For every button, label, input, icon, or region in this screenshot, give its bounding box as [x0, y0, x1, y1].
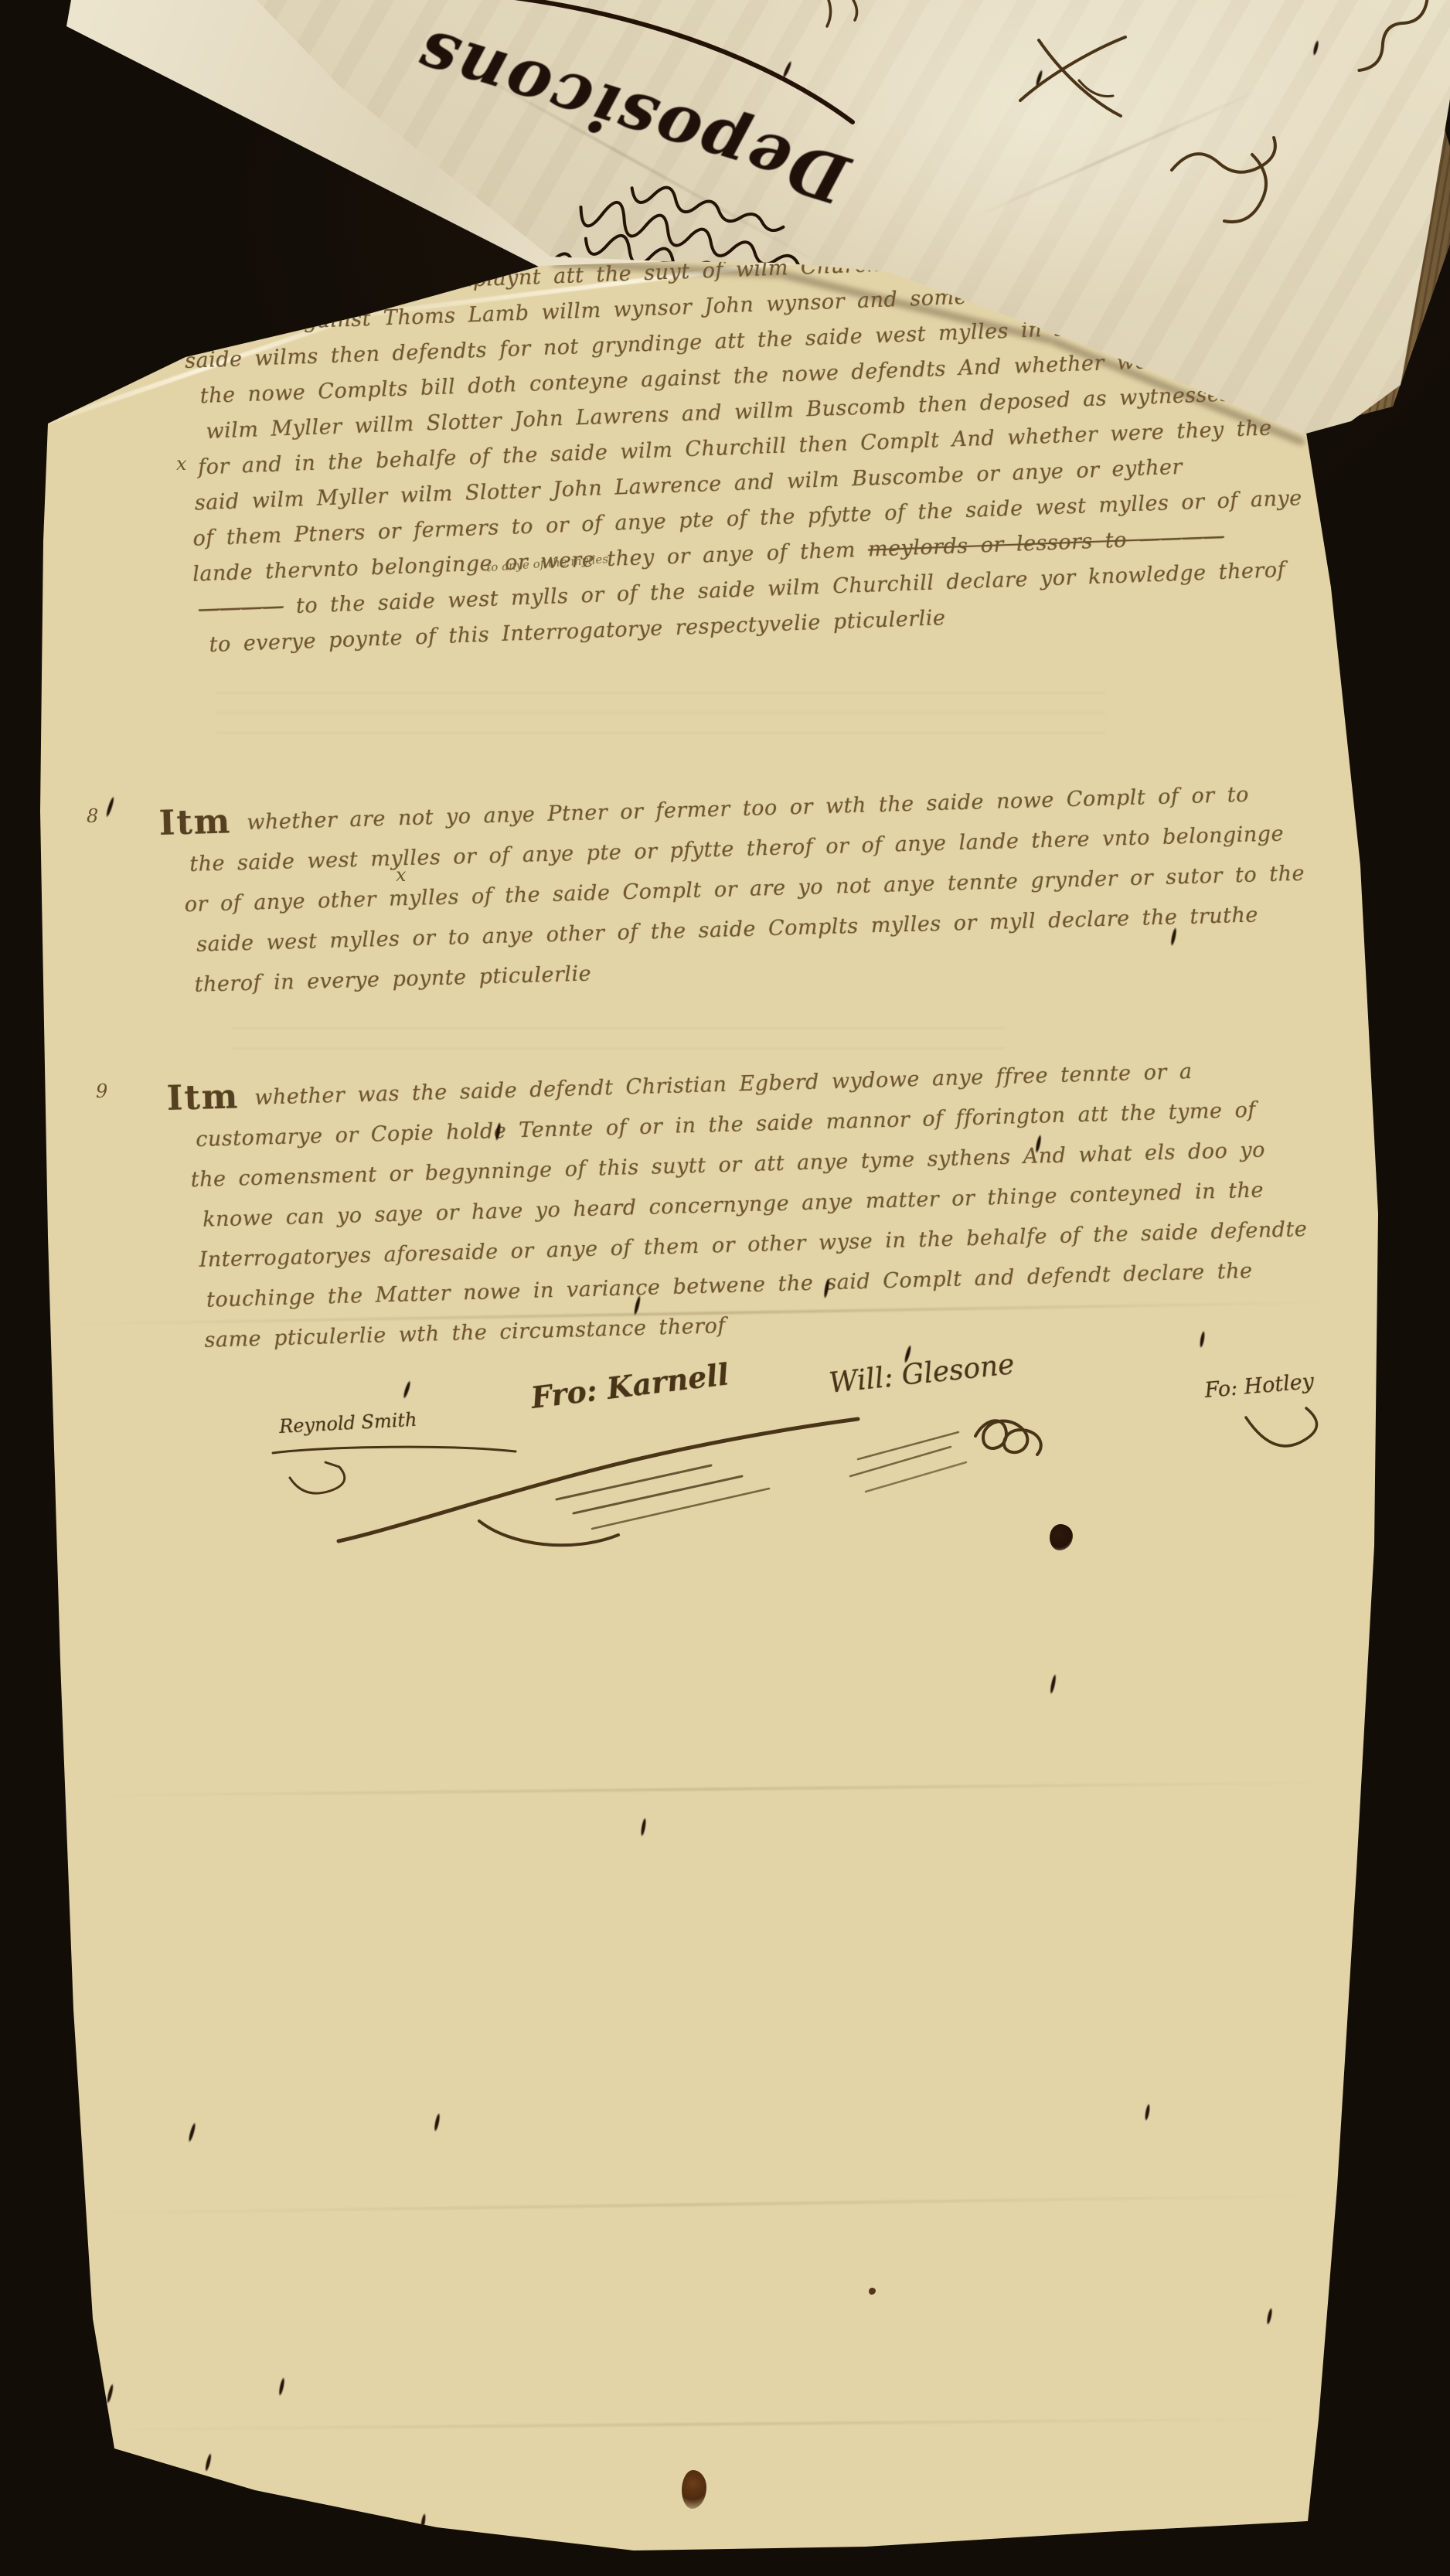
ink-blot	[1050, 1524, 1073, 1550]
paragraph-opening-word: Itm	[158, 229, 235, 274]
signature-fo-hotley: Fo: Hotley	[1203, 1370, 1315, 1403]
ink-show-through	[232, 1019, 1005, 1050]
margin-number: 8	[87, 805, 98, 827]
paragraph-opening-word: Itm	[158, 801, 232, 843]
margin-number: 7	[77, 238, 89, 260]
parchment-slit	[420, 2513, 427, 2531]
signature-will-glesone: Will: Glesone	[828, 1349, 1016, 1400]
signature-flourish	[1230, 1408, 1370, 1485]
corner-inscription-fragment	[1332, 0, 1450, 128]
signature-flourish	[325, 1405, 866, 1567]
interrogatory-paragraph-9: Itmwhether was the saide defendt Christi…	[166, 1043, 1364, 1362]
parchment-slit	[106, 2384, 114, 2404]
ink-blot	[682, 2470, 706, 2509]
crease-line	[77, 1781, 1337, 1797]
parchment-slit	[1199, 1331, 1206, 1349]
crease-line	[85, 2195, 1322, 2214]
parchment-slit	[434, 2113, 441, 2132]
parchment-slit	[69, 224, 82, 243]
photographed-manuscript: 7 8 9 x x Itmwhether do yo knowe or reme…	[0, 0, 1450, 2576]
parchment-slit	[1049, 1674, 1057, 1694]
signature-flourish	[966, 1413, 1136, 1521]
paragraph-opening-word: Itm	[166, 1077, 240, 1118]
interrogatory-paragraph-8: Itmwhether are not yo anye Ptner or ferm…	[158, 767, 1354, 1006]
parchment-slit	[1312, 40, 1320, 56]
parchment-slit	[402, 1380, 411, 1399]
parchment-slit	[204, 2453, 213, 2472]
crease-line	[93, 2418, 1299, 2431]
parchment-slit	[1144, 2104, 1151, 2122]
margin-number: 9	[96, 1080, 107, 1102]
struck-text: ————	[198, 594, 284, 621]
parchment-slit	[188, 2122, 197, 2142]
parchment-slit	[105, 796, 115, 818]
cut-off-stroke-tips	[819, 0, 881, 32]
pen-trial-flourish	[1159, 124, 1314, 247]
parchment-slit	[640, 1818, 647, 1837]
pen-trial-flourish	[1005, 26, 1136, 127]
parchment-slit	[278, 2377, 286, 2397]
ink-show-through	[216, 688, 1105, 734]
parchment-slit	[1266, 2308, 1273, 2326]
ink-speck	[869, 2288, 876, 2295]
